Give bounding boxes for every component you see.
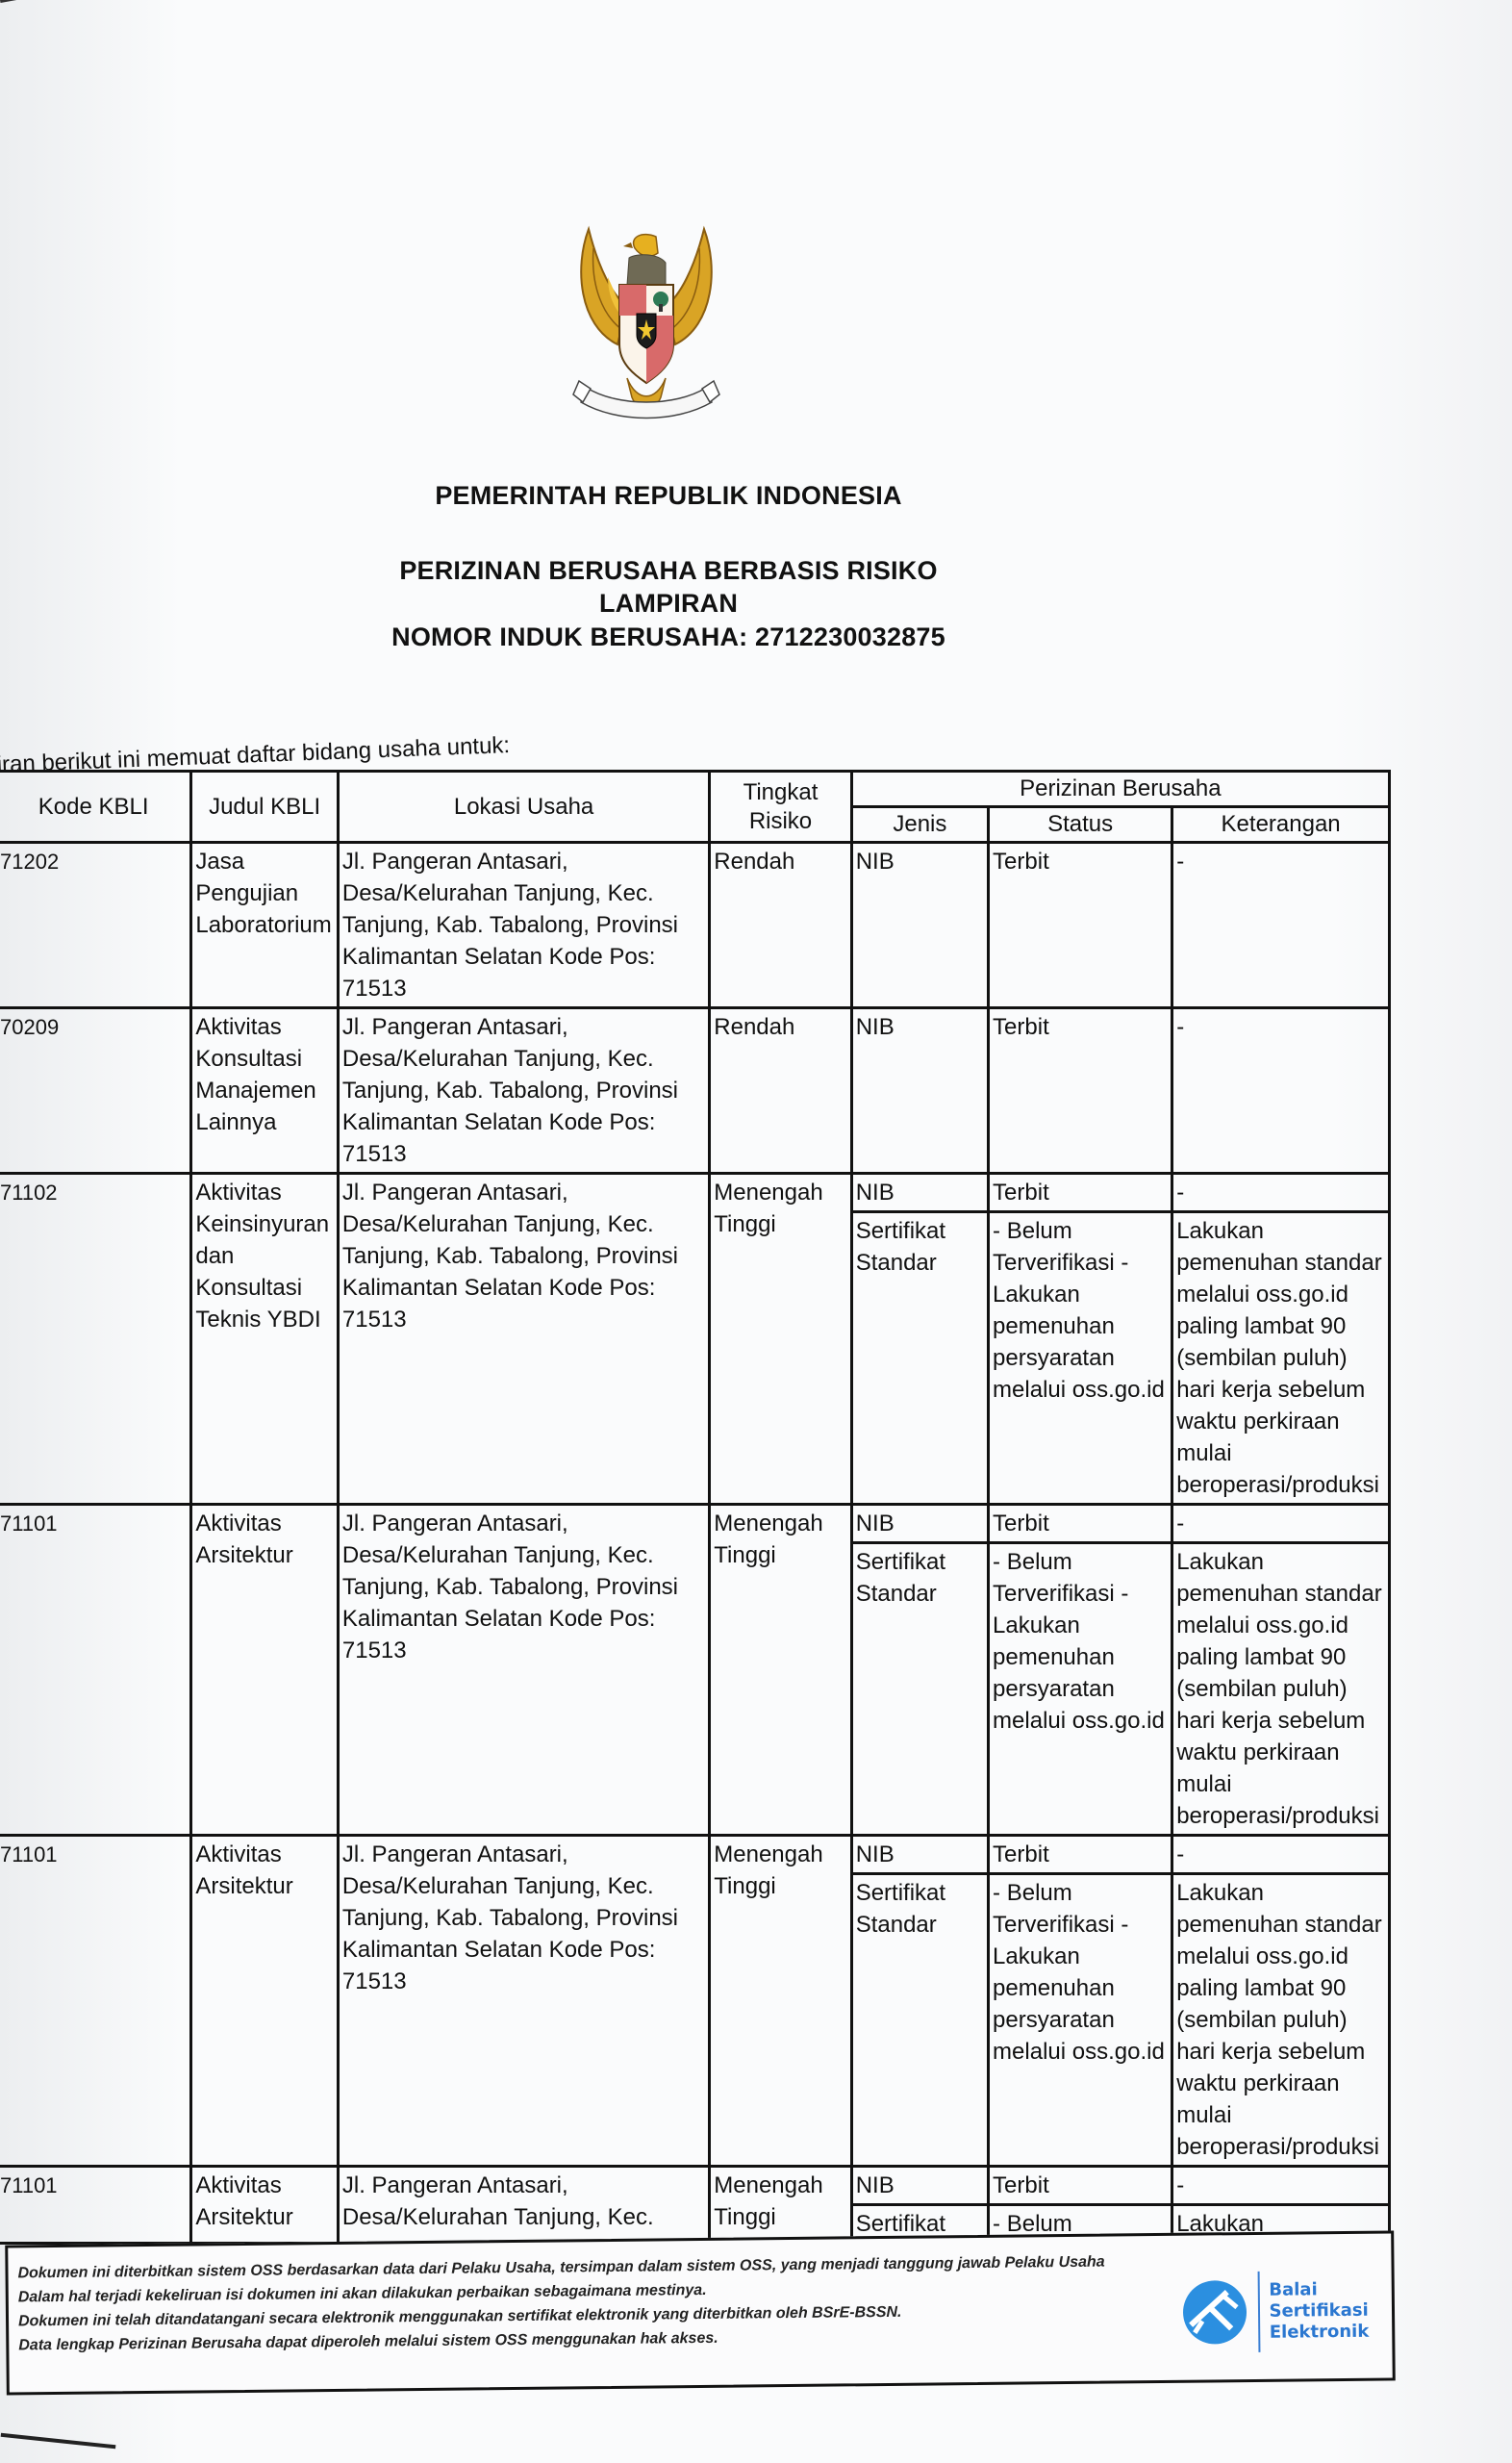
cell-kode: 71101 — [0, 2167, 191, 2244]
table-row: 71102Aktivitas Keinsinyuran dan Konsulta… — [0, 1174, 1390, 1212]
header-jenis: Jenis — [851, 807, 988, 843]
cell-lokasi: Jl. Pangeran Antasari, Desa/Kelurahan Ta… — [338, 843, 709, 1008]
cell-keterangan: Lakukan pemenuhan standar melalui oss.go… — [1172, 1212, 1390, 1505]
cell-lokasi: Jl. Pangeran Antasari, Desa/Kelurahan Ta… — [338, 1008, 709, 1174]
cell-risiko: Menengah Tinggi — [710, 1505, 851, 1836]
bsre-logo: Balai Sertifikasi Elektronik — [1180, 2271, 1369, 2353]
cell-keterangan: - — [1172, 1008, 1390, 1174]
table-row: 71101Aktivitas ArsitekturJl. Pangeran An… — [0, 1505, 1390, 1543]
cell-keterangan: Lakukan pemenuhan standar melalui oss.go… — [1172, 1874, 1390, 2167]
cell-jenis: NIB — [851, 1836, 988, 1874]
cell-jenis: NIB — [851, 843, 988, 1008]
table-row: 71101Aktivitas ArsitekturJl. Pangeran An… — [0, 2167, 1390, 2205]
cell-status: - Belum Terverifikasi - Lakukan pemenuha… — [989, 1874, 1172, 2167]
header-lokasi-usaha: Lokasi Usaha — [338, 772, 709, 843]
cell-keterangan: - — [1172, 2167, 1390, 2205]
business-fields-table: Kode KBLI Judul KBLI Lokasi Usaha Tingka… — [0, 770, 1391, 2245]
cell-jenis: Sertifikat Standar — [851, 1543, 988, 1836]
cell-status: Terbit — [989, 1836, 1172, 1874]
cell-risiko: Rendah — [710, 843, 851, 1008]
cell-jenis: NIB — [851, 1174, 988, 1212]
cell-kode: 71101 — [0, 1836, 191, 2167]
header-tingkat-risiko: Tingkat Risiko — [710, 772, 851, 843]
cell-status: Terbit — [989, 1174, 1172, 1212]
cell-status: - Belum Terverifikasi - Lakukan pemenuha… — [989, 1212, 1172, 1505]
table-row: 71101Aktivitas ArsitekturJl. Pangeran An… — [0, 1836, 1390, 1874]
cell-keterangan: - — [1172, 1836, 1390, 1874]
bsre-logo-icon — [1180, 2278, 1248, 2347]
logo-line-2: Sertifikasi — [1269, 2300, 1369, 2323]
cell-jenis: NIB — [851, 1008, 988, 1174]
logo-line-1: Balai — [1269, 2279, 1369, 2301]
cell-judul: Aktivitas Arsitektur — [191, 2167, 339, 2244]
cell-risiko: Menengah Tinggi — [710, 2167, 851, 2244]
cell-risiko: Menengah Tinggi — [710, 1174, 851, 1505]
cell-status: - Belum Terverifikasi - Lakukan pemenuha… — [989, 1543, 1172, 1836]
cell-risiko: Menengah Tinggi — [710, 1836, 851, 2167]
document-subtitle: LAMPIRAN — [0, 589, 1337, 619]
cell-jenis: NIB — [851, 2167, 988, 2205]
footer-notice: Dokumen ini diterbitkan sistem OSS berda… — [5, 2230, 1396, 2395]
cell-keterangan: Lakukan pemenuhan standar melalui oss.go… — [1172, 1543, 1390, 1836]
cell-risiko: Rendah — [710, 1008, 851, 1174]
cell-judul: Aktivitas Keinsinyuran dan Konsultasi Te… — [191, 1174, 339, 1505]
logo-line-3: Elektronik — [1270, 2322, 1370, 2344]
cell-kode: 71102 — [0, 1174, 191, 1505]
government-heading: PEMERINTAH REPUBLIK INDONESIA — [0, 481, 1337, 511]
cell-lokasi: Jl. Pangeran Antasari, Desa/Kelurahan Ta… — [338, 1836, 709, 2167]
cell-lokasi: Jl. Pangeran Antasari, Desa/Kelurahan Ta… — [338, 2167, 709, 2244]
garuda-emblem-icon — [569, 210, 723, 436]
document-title: PERIZINAN BERUSAHA BERBASIS RISIKO — [0, 556, 1337, 586]
cell-keterangan: - — [1172, 843, 1390, 1008]
table-row: 71202Jasa Pengujian LaboratoriumJl. Pang… — [0, 843, 1390, 1008]
cell-status: Terbit — [989, 1505, 1172, 1543]
header-status: Status — [989, 807, 1172, 843]
cell-kode: 70209 — [0, 1008, 191, 1174]
cell-jenis: Sertifikat Standar — [851, 1212, 988, 1505]
cell-status: Terbit — [989, 2167, 1172, 2205]
header-kode-kbli: Kode KBLI — [0, 772, 191, 843]
cell-status: Terbit — [989, 843, 1172, 1008]
cell-lokasi: Jl. Pangeran Antasari, Desa/Kelurahan Ta… — [338, 1174, 709, 1505]
cell-judul: Aktivitas Arsitektur — [191, 1836, 339, 2167]
cell-jenis: Sertifikat Standar — [851, 1874, 988, 2167]
nib-number: NOMOR INDUK BERUSAHA: 2712230032875 — [0, 622, 1337, 652]
table-row: 70209Aktivitas Konsultasi Manajemen Lain… — [0, 1008, 1390, 1174]
cell-status: Terbit — [989, 1008, 1172, 1174]
cell-keterangan: - — [1172, 1174, 1390, 1212]
header-perizinan-berusaha: Perizinan Berusaha — [851, 772, 1389, 807]
header-judul-kbli: Judul KBLI — [191, 772, 339, 843]
logo-divider — [1257, 2272, 1260, 2352]
cell-judul: Aktivitas Arsitektur — [191, 1505, 339, 1836]
cell-lokasi: Jl. Pangeran Antasari, Desa/Kelurahan Ta… — [338, 1505, 709, 1836]
cell-judul: Aktivitas Konsultasi Manajemen Lainnya — [191, 1008, 339, 1174]
cell-jenis: NIB — [851, 1505, 988, 1543]
cell-kode: 71202 — [0, 843, 191, 1008]
header-keterangan: Keterangan — [1172, 807, 1390, 843]
cell-judul: Jasa Pengujian Laboratorium — [191, 843, 339, 1008]
cell-kode: 71101 — [0, 1505, 191, 1836]
cell-keterangan: - — [1172, 1505, 1390, 1543]
